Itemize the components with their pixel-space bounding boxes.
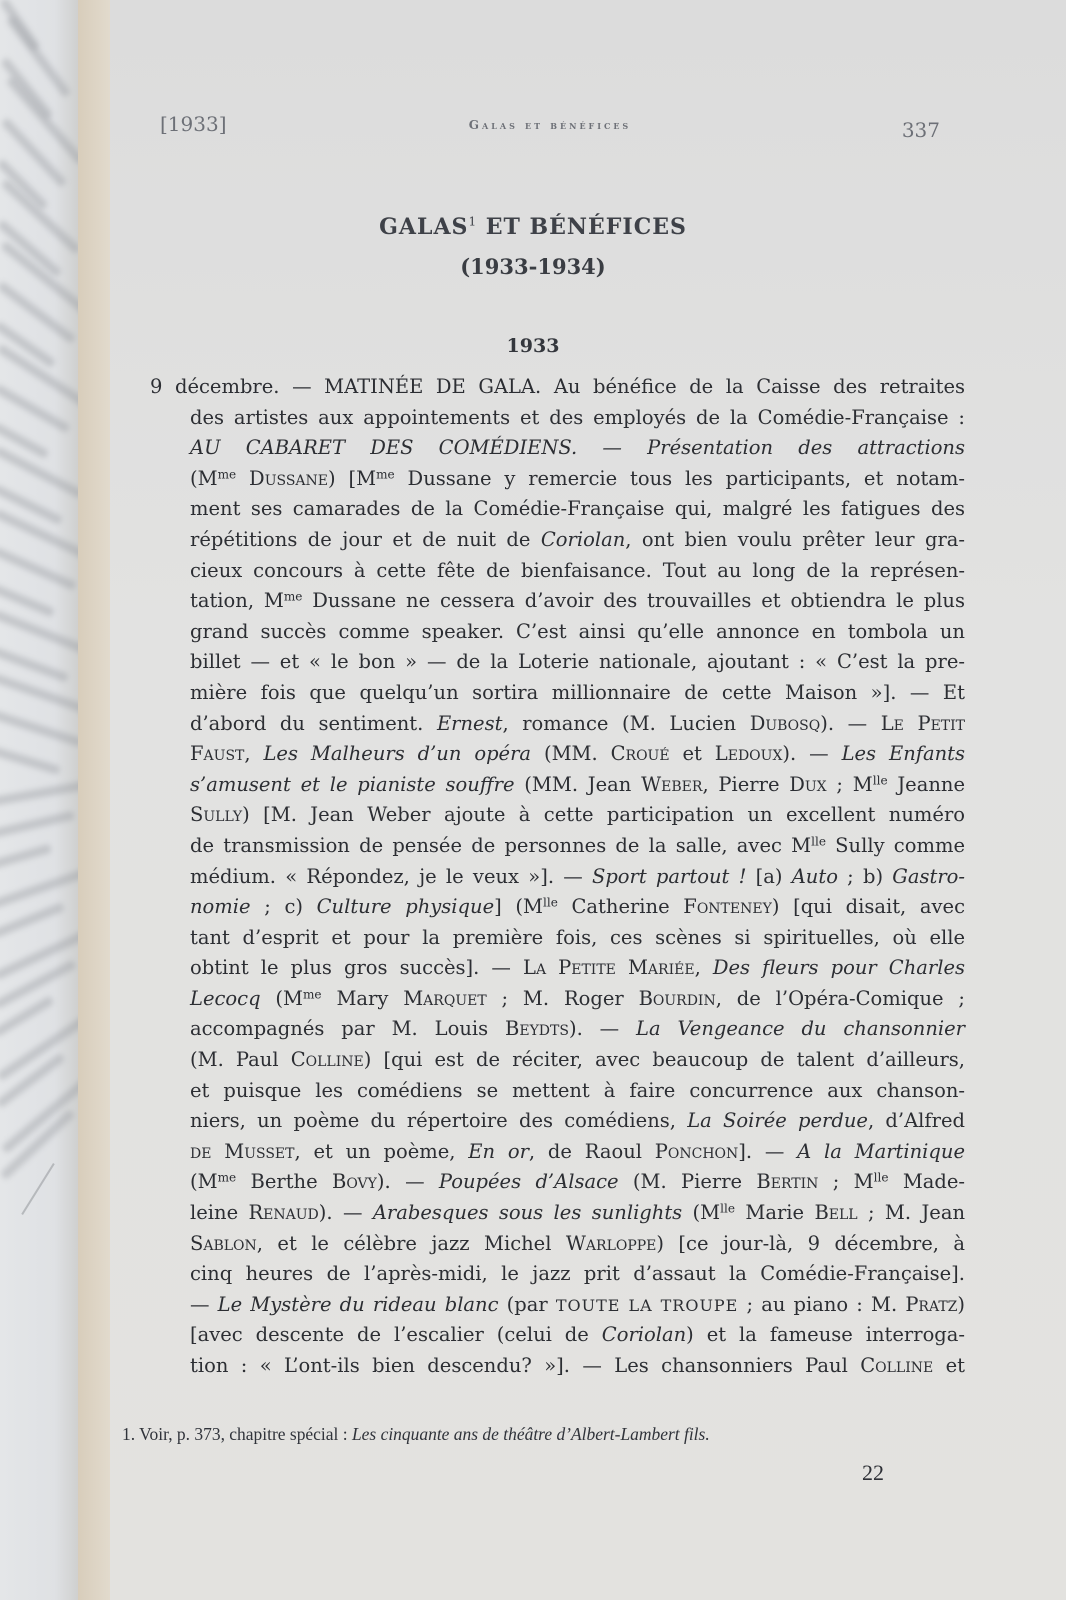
text-run: et — [670, 742, 715, 765]
text-run: (M. Paul — [190, 1048, 291, 1071]
text-run: (M — [190, 467, 218, 490]
superscript: lle — [873, 773, 888, 787]
small-caps-name: Weber — [641, 773, 702, 796]
small-caps-name: Marquet — [403, 987, 486, 1010]
small-caps-name: Colline — [291, 1048, 364, 1071]
text-line: accompagnés par M. Louis Beydts). — La V… — [150, 1014, 965, 1045]
small-caps-name: toute la troupe — [556, 1296, 738, 1315]
text-run: Jeanne — [888, 773, 965, 796]
italic-title: AU CABARET DES COMÉDIENS. — Présentation… — [190, 436, 965, 459]
italic-title: A la Martinique — [797, 1140, 965, 1163]
text-run: , de l’Opéra-Comique ; — [716, 987, 965, 1010]
text-run: répétitions de jour et de nuit de — [190, 528, 541, 551]
small-caps-name: Fonteney — [683, 895, 772, 918]
italic-title: Coriolan — [602, 1323, 686, 1346]
text-run: , Pierre — [702, 773, 789, 796]
text-run: Sully comme — [826, 834, 965, 857]
text-line: cinq heures de l’après-midi, le jazz pri… — [150, 1259, 965, 1290]
small-caps-name: Croué — [611, 742, 670, 765]
small-caps-name: Le Petit — [881, 712, 965, 735]
chapter-title-word: GALAS — [379, 214, 468, 240]
superscript: me — [376, 467, 395, 481]
blurred-text-line — [0, 710, 79, 748]
superscript: lle — [720, 1201, 735, 1215]
small-caps-name: Renaud — [248, 1201, 318, 1224]
text-run: , — [695, 956, 713, 979]
text-line: (Mme Dussane) [Mme Dussane y remercie to… — [150, 464, 965, 495]
text-run: de transmission de pensée de personnes d… — [190, 834, 811, 857]
text-run: Mary — [322, 987, 404, 1010]
chapter-years: (1933-1934) — [0, 254, 1066, 279]
text-line: billet — et « le bon » — de la Loterie n… — [150, 647, 965, 678]
text-line: tation, Mme Dussane ne cessera d’avoir d… — [150, 586, 965, 617]
text-run: (MM. Jean — [515, 773, 642, 796]
small-caps-name: Dussane — [236, 467, 328, 490]
text-run: ) et la fameuse interroga- — [686, 1323, 965, 1346]
running-head: [1933] Galas et bénéfices 337 — [160, 112, 940, 142]
text-run: ). — — [782, 742, 841, 765]
text-line: 9 décembre. — MATINÉE DE GALA. Au bénéfi… — [150, 372, 965, 403]
text-run: ). — — [377, 1170, 439, 1193]
text-line: Lecocq (Mme Mary Marquet ; M. Roger Bour… — [150, 984, 965, 1015]
italic-title: Les Malheurs d’un opéra — [263, 742, 531, 765]
italic-title: Sport partout ! — [592, 865, 746, 888]
text-run: cinq heures de l’après-midi, le jazz pri… — [190, 1262, 965, 1285]
text-line: Sablon, et le célèbre jazz Michel Warlop… — [150, 1229, 965, 1260]
italic-title: Ernest — [437, 712, 503, 735]
text-run: Dussane ne cessera d’avoir des trouvaill… — [302, 589, 965, 612]
text-run: — — [190, 1293, 218, 1316]
text-run: accompagnés par M. Louis — [190, 1017, 505, 1040]
text-run: , et le célèbre jazz Michel — [257, 1232, 566, 1255]
italic-title: Poupées d’Alsace — [439, 1170, 619, 1193]
italic-title: Gastro- — [892, 865, 965, 888]
page-number: 337 — [902, 118, 940, 142]
text-run: ) [qui disait, avec — [772, 895, 965, 918]
text-run: ]. — — [738, 1140, 797, 1163]
text-run: ; c) — [251, 895, 317, 918]
text-line: AU CABARET DES COMÉDIENS. — Présentation… — [150, 433, 965, 464]
text-line: ment ses camarades de la Comédie-Françai… — [150, 494, 965, 525]
italic-title: La Soirée perdue — [687, 1109, 868, 1132]
blurred-text-line — [0, 646, 69, 682]
blurred-text-line — [0, 609, 79, 655]
italic-title: En or — [468, 1140, 529, 1163]
text-line: médium. « Répondez, je le veux »]. — Spo… — [150, 862, 965, 893]
small-caps-name: Bell — [814, 1201, 857, 1224]
footnote-ref[interactable]: 1 — [468, 215, 477, 229]
text-run: niers, un poème du répertoire des comédi… — [190, 1109, 687, 1132]
blurred-text-line — [0, 868, 79, 909]
text-run: ) — [957, 1293, 965, 1316]
italic-title: Lecocq — [190, 987, 261, 1010]
text-run: ) [qui est de réciter, avec beaucoup de … — [364, 1048, 965, 1071]
italic-title: Arabesques sous les sunlights — [373, 1201, 682, 1224]
text-run: Dussane y remercie tous les participants… — [395, 467, 965, 490]
text-run: (par — [499, 1293, 556, 1316]
blurred-text-line — [0, 902, 65, 939]
small-caps-name: Beydts — [505, 1017, 569, 1040]
superscript: me — [218, 467, 237, 481]
small-caps-name: Sablon — [190, 1232, 257, 1255]
text-line: des artistes aux appointements et des em… — [150, 403, 965, 434]
superscript: me — [303, 987, 322, 1001]
small-caps-name: Ponchon — [655, 1140, 739, 1163]
signature-mark: 22 — [862, 1460, 884, 1486]
italic-title: Le Mystère du rideau blanc — [218, 1293, 499, 1316]
small-caps-name: de Musset — [190, 1140, 294, 1163]
text-run: tant d’esprit et pour la première fois, … — [190, 926, 965, 949]
text-run: , — [244, 742, 263, 765]
text-line: de transmission de pensée de personnes d… — [150, 831, 965, 862]
small-caps-name: Faust — [190, 742, 244, 765]
blurred-text-line — [0, 811, 75, 839]
footnote-text: Voir, p. 373, chapitre spécial : — [135, 1424, 352, 1444]
text-run: cieux concours à cette fête de bienfaisa… — [190, 559, 965, 582]
text-run: , ont bien voulu prêter leur gra- — [625, 528, 965, 551]
text-line: répétitions de jour et de nuit de Coriol… — [150, 525, 965, 556]
text-run: ; au piano : M. — [738, 1293, 905, 1316]
superscript: lle — [543, 895, 558, 909]
text-run: ) [M. Jean Weber ajoute à cette particip… — [242, 803, 965, 826]
italic-title: La Vengeance du chansonnier — [636, 1017, 965, 1040]
text-run: (MM. — [531, 742, 611, 765]
italic-title: Auto — [792, 865, 838, 888]
text-line: de Musset, et un poème, En or, de Raoul … — [150, 1137, 965, 1168]
text-run: grand succès comme speaker. C’est ainsi … — [190, 620, 965, 643]
text-run: (M — [261, 987, 303, 1010]
superscript: me — [218, 1171, 237, 1185]
small-caps-name: Sully — [190, 803, 242, 826]
small-caps-name: Ledoux — [715, 742, 783, 765]
text-line: s’amusent et le pianiste souffre (MM. Je… — [150, 770, 965, 801]
italic-title: Culture physique — [317, 895, 495, 918]
text-line: (M. Paul Colline) [qui est de réciter, a… — [150, 1045, 965, 1076]
small-caps-name: Bourdin — [639, 987, 716, 1010]
text-run: (M — [190, 1170, 218, 1193]
text-line: [avec descente de l’escalier (celui de C… — [150, 1320, 965, 1351]
superscript: lle — [811, 834, 826, 848]
text-run: des artistes aux appointements et des em… — [190, 406, 965, 429]
text-run: médium. « Répondez, je le veux »]. — — [190, 865, 592, 888]
text-run: , d’Alfred — [868, 1109, 965, 1132]
small-caps-name: Dux — [789, 773, 826, 796]
text-run: ; M — [818, 1170, 873, 1193]
text-run: , de Raoul — [529, 1140, 655, 1163]
text-run: ment ses camarades de la Comédie-Françai… — [190, 497, 965, 520]
text-line: Faust, Les Malheurs d’un opéra (MM. Crou… — [150, 739, 965, 770]
text-line: tant d’esprit et pour la première fois, … — [150, 923, 965, 954]
small-caps-name: Pratz — [905, 1293, 957, 1316]
small-caps-name: Colline — [860, 1354, 933, 1377]
text-run: ; M — [827, 773, 873, 796]
text-run: billet — et « le bon » — de la Loterie n… — [190, 650, 965, 673]
body-text: 9 décembre. — MATINÉE DE GALA. Au bénéfi… — [150, 372, 965, 1382]
text-run: ). — — [319, 1201, 373, 1224]
text-run: Marie — [735, 1201, 814, 1224]
text-run: , romance (M. Lucien — [502, 712, 749, 735]
text-run: [avec descente de l’escalier (celui de — [190, 1323, 602, 1346]
footnote-number: 1. — [122, 1424, 135, 1444]
text-run: d’abord du sentiment. — [190, 712, 437, 735]
superscript: lle — [874, 1171, 889, 1185]
blurred-text-line — [0, 546, 77, 590]
text-run: Made- — [888, 1170, 965, 1193]
small-caps-name: Bertin — [756, 1170, 818, 1193]
text-run: 9 décembre. — MATINÉE DE GALA. Au bénéfi… — [150, 375, 965, 398]
text-run: mière fois que quelqu’un sortira million… — [190, 681, 965, 704]
text-run: ) [M — [328, 467, 376, 490]
text-run: tion : « L’ont-ils bien descendu? »]. — … — [190, 1354, 860, 1377]
blurred-text-line — [0, 584, 55, 618]
text-run: ) [ce jour-là, 9 décembre, à — [656, 1232, 965, 1255]
text-line: nomie ; c) Culture physique] (Mlle Cathe… — [150, 892, 965, 923]
text-line: obtint le plus gros succès]. — La Petite… — [150, 953, 965, 984]
text-run: ] (M — [494, 895, 543, 918]
text-run: Berthe — [236, 1170, 332, 1193]
text-run: (M. Pierre — [619, 1170, 757, 1193]
text-line: leine Renaud). — Arabesques sous les sun… — [150, 1198, 965, 1229]
italic-title: Les Enfants — [842, 742, 965, 765]
text-line: Sully) [M. Jean Weber ajoute à cette par… — [150, 800, 965, 831]
small-caps-name: Bovy — [332, 1170, 377, 1193]
italic-title: Des fleurs pour Charles — [713, 956, 965, 979]
text-line: cieux concours à cette fête de bienfaisa… — [150, 556, 965, 587]
text-run: , et un poème, — [294, 1140, 468, 1163]
text-run: et puisque les comédiens se mettent à fa… — [190, 1079, 965, 1102]
text-line: — Le Mystère du rideau blanc (par toute … — [150, 1290, 965, 1321]
facing-page-blurred — [0, 0, 79, 1600]
blurred-text-line — [0, 673, 79, 720]
text-line: grand succès comme speaker. C’est ainsi … — [150, 617, 965, 648]
text-run: (M — [682, 1201, 720, 1224]
blurred-text-line — [0, 779, 79, 807]
text-line: (Mme Berthe Bovy). — Poupées d’Alsace (M… — [150, 1167, 965, 1198]
italic-title: Coriolan — [541, 528, 625, 551]
footnote-title: Les cinquante ans de théâtre d’Albert-La… — [352, 1424, 710, 1444]
text-run: ). — — [820, 712, 880, 735]
text-run: tation, M — [190, 589, 284, 612]
text-line: mière fois que quelqu’un sortira million… — [150, 678, 965, 709]
superscript: me — [284, 590, 303, 604]
text-line: niers, un poème du répertoire des comédi… — [150, 1106, 965, 1137]
running-head-title: Galas et bénéfices — [160, 118, 940, 132]
text-run: ; b) — [838, 865, 892, 888]
text-run: Catherine — [558, 895, 683, 918]
small-caps-name: La Petite Mariée — [523, 956, 695, 979]
text-line: d’abord du sentiment. Ernest, romance (M… — [150, 709, 965, 740]
text-run: leine — [190, 1201, 248, 1224]
text-run: ). — — [569, 1017, 636, 1040]
text-run: obtint le plus gros succès]. — — [190, 956, 523, 979]
italic-title: s’amusent et le pianiste souffre — [190, 773, 515, 796]
small-caps-name: Warloppe — [566, 1232, 657, 1255]
text-line: et puisque les comédiens se mettent à fa… — [150, 1076, 965, 1107]
small-caps-name: Dubosq — [750, 712, 821, 735]
footnote: 1. Voir, p. 373, chapitre spécial : Les … — [122, 1424, 927, 1445]
section-year-heading: 1933 — [0, 335, 1066, 357]
text-run: et — [933, 1354, 965, 1377]
italic-title: nomie — [190, 895, 251, 918]
blurred-text-line — [0, 844, 52, 870]
text-line: tion : « L’ont-ils bien descendu? »]. — … — [150, 1351, 965, 1382]
text-run: [a) — [746, 865, 791, 888]
text-run: ; M. Roger — [487, 987, 639, 1010]
chapter-title: GALAS1 ET BÉNÉFICES — [0, 214, 1066, 240]
chapter-title-rest: ET BÉNÉFICES — [477, 214, 687, 240]
text-run: ; M. Jean — [858, 1201, 965, 1224]
blurred-text-line — [0, 746, 61, 775]
